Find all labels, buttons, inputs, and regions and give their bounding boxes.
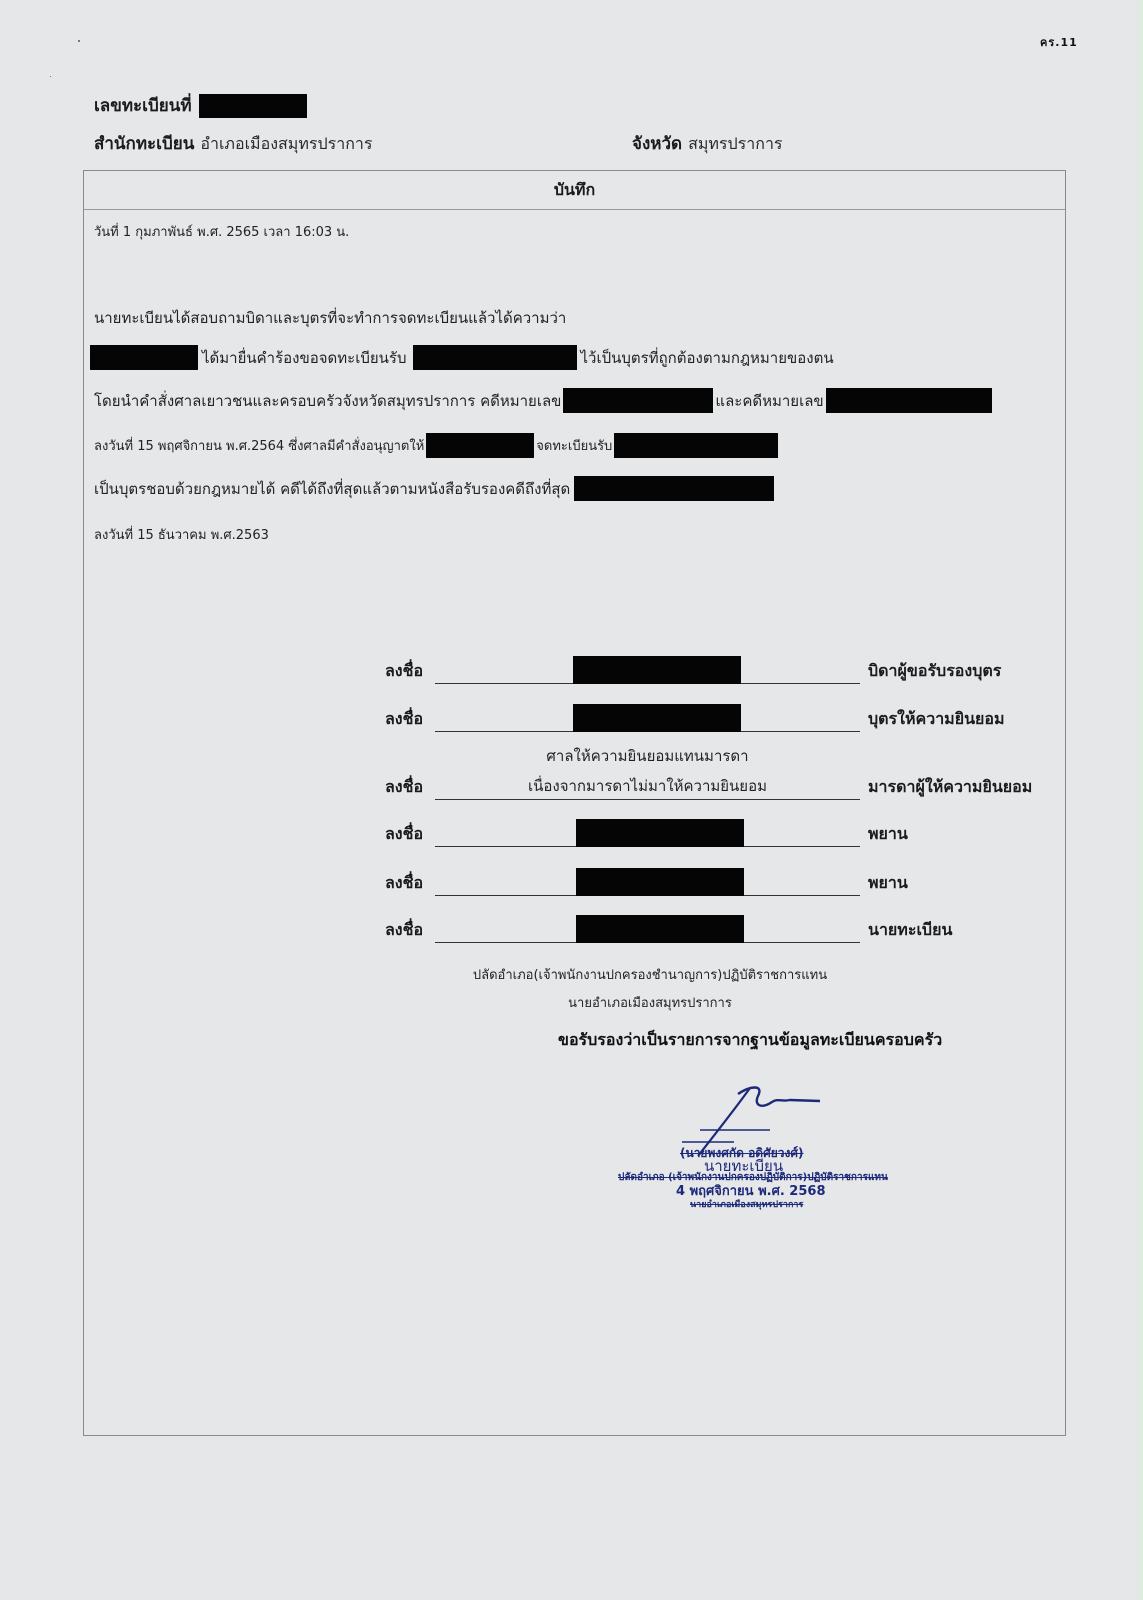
mother-absence-note: เนื่องจากมารดาไม่มาให้ความยินยอม [435,774,860,798]
signature-role: นายทะเบียน [868,918,952,943]
scan-speck [50,76,51,77]
paragraph-text: เป็นบุตรชอบด้วยกฎหมายได้ คดีได้ถึงที่สุด… [94,477,570,501]
redacted-certificate-number [574,476,774,501]
signature-line [435,873,860,896]
province-label: จังหวัด [632,134,682,154]
sign-label: ลงชื่อ [385,775,435,800]
redacted-signature [576,915,744,943]
signature-role: มารดาผู้ให้ความยินยอม [868,775,1032,800]
sign-label: ลงชื่อ [385,822,435,847]
signature-role: พยาน [868,822,908,847]
paragraph-text: นายทะเบียนได้สอบถามบิดาและบุตรที่จะทำการ… [94,306,566,330]
redacted-registration-number [199,94,307,118]
paragraph-line-6: ลงวันที่ 15 ธันวาคม พ.ศ.2563 [94,524,269,545]
redacted-signature [576,819,744,847]
registration-number-line: เลขทะเบียนที่ [94,92,307,119]
paragraph-text: จดทะเบียนรับ [536,435,612,456]
stamp-office: นายอำเภอเมืองสมุทรปราการ [690,1197,803,1211]
registrar-title-line-1: ปลัดอำเภอ(เจ้าพนักงานปกครองชำนาญการ)ปฏิบ… [400,964,900,985]
certification-stamp: (นายพงศกัด อดิศัยวงศ์) นายทะเบียน ปลัดอำ… [600,1080,940,1210]
paragraph-line-3: โดยนำคำสั่งศาลเยาวชนและครอบครัวจังหวัดสม… [94,388,992,413]
signature-role: พยาน [868,871,908,896]
redacted-signature [573,656,741,684]
signature-role: บิดาผู้ขอรับรองบุตร [868,659,1001,684]
signature-line [435,824,860,847]
redacted-child-name [413,345,577,370]
signature-row-witness-2: ลงชื่อ พยาน [385,866,1085,896]
signature-line [435,709,860,732]
signature-row-child: ลงชื่อ บุตรให้ความยินยอม [385,702,1085,732]
signature-row-mother: ลงชื่อ เนื่องจากมารดาไม่มาให้ความยินยอม … [385,770,1085,800]
paragraph-text: ไว้เป็นบุตรที่ถูกต้องตามกฎหมายของตน [581,346,834,370]
registry-office-line: สำนักทะเบียนอำเภอเมืองสมุทรปราการ [94,130,372,157]
court-consent-note: ศาลให้ความยินยอมแทนมารดา [435,744,860,768]
certification-statement: ขอรับรองว่าเป็นรายการจากฐานข้อมูลทะเบียน… [558,1028,942,1053]
record-title: บันทึก [84,171,1065,210]
form-code: คร.11 [1040,33,1078,51]
paragraph-line-5: เป็นบุตรชอบด้วยกฎหมายได้ คดีได้ถึงที่สุด… [94,476,774,501]
sign-label: ลงชื่อ [385,707,435,732]
paragraph-line-2: ได้มายื่นคำร้องขอจดทะเบียนรับ ไว้เป็นบุต… [90,345,834,370]
sign-label: ลงชื่อ [385,918,435,943]
record-frame: บันทึก วันที่ 1 กุมภาพันธ์ พ.ศ. 2565 เวล… [83,170,1066,1436]
signature-line [435,661,860,684]
paragraph-text: ได้มายื่นคำร้องขอจดทะเบียนรับ [202,346,407,370]
sign-label: ลงชื่อ [385,659,435,684]
redacted-case-number [563,388,713,413]
scan-edge [1137,0,1143,1600]
redacted-child-name [614,433,778,458]
redacted-father-name [426,433,534,458]
registrar-title-line-2: นายอำเภอเมืองสมุทรปราการ [400,992,900,1013]
record-date: วันที่ 1 กุมภาพันธ์ พ.ศ. 2565 เวลา 16:03… [94,221,349,242]
redacted-case-number [826,388,992,413]
paragraph-text: โดยนำคำสั่งศาลเยาวชนและครอบครัวจังหวัดสม… [94,389,561,413]
signature-role: บุตรให้ความยินยอม [868,707,1005,732]
paragraph-line-1: นายทะเบียนได้สอบถามบิดาและบุตรที่จะทำการ… [94,306,566,330]
paragraph-line-4: ลงวันที่ 15 พฤศจิกายน พ.ศ.2564 ซึ่งศาลมี… [94,433,778,458]
registry-office-label: สำนักทะเบียน [94,134,194,154]
signature-row-father: ลงชื่อ บิดาผู้ขอรับรองบุตร [385,654,1085,684]
paragraph-text: ลงวันที่ 15 พฤศจิกายน พ.ศ.2564 ซึ่งศาลมี… [94,435,424,456]
signature-row-witness-1: ลงชื่อ พยาน [385,817,1085,847]
scan-speck [78,40,80,42]
province-value: สมุทรปราการ [688,134,782,153]
redacted-father-name [90,345,198,370]
registration-number-label: เลขทะเบียนที่ [94,96,192,116]
paragraph-text: และคดีหมายเลข [715,389,823,413]
signature-line: เนื่องจากมารดาไม่มาให้ความยินยอม [435,777,860,800]
signature-row-registrar: ลงชื่อ นายทะเบียน [385,913,1085,943]
signature-line [435,920,860,943]
redacted-signature [573,704,741,732]
registry-office-value: อำเภอเมืองสมุทรปราการ [200,134,372,153]
redacted-signature [576,868,744,896]
sign-label: ลงชื่อ [385,871,435,896]
province-line: จังหวัดสมุทรปราการ [632,130,783,157]
